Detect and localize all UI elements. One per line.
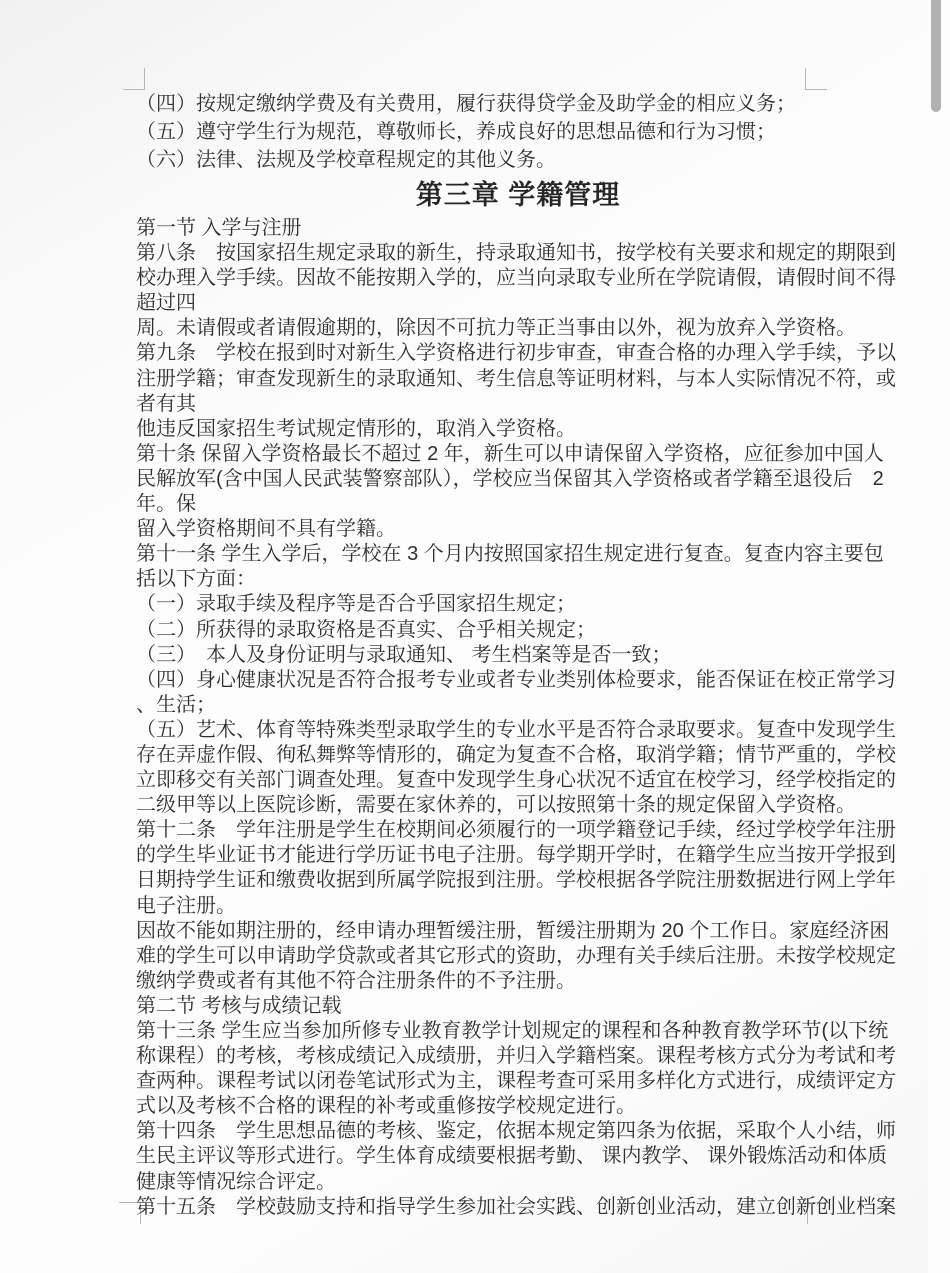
text-line: （四）身心健康状况是否符合报考专业或者专业类别体检要求，能否保证在校正常学习 [136, 668, 900, 693]
text-line: （四）按规定缴纳学费及有关费用，履行获得贷学金及助学金的相应义务； [136, 90, 900, 118]
text-line: 式以及考核不合格的课程的补考或重修按学校规定进行。 [136, 1094, 900, 1119]
text-line: 难的学生可以申请助学贷款或者其它形式的资助，办理有关手续后注册。未按学校规定 [136, 944, 900, 969]
text-line: 生民主评议等形式进行。学生体育成绩要根据考勤、 课内教学、 课外锻炼活动和体质 [136, 1144, 900, 1169]
text-line: 二级甲等以上医院诊断，需要在家休养的，可以按照第十条的规定保留入学资格。 [136, 793, 900, 818]
text-line: （二）所获得的录取资格是否真实、合乎相关规定； [136, 618, 900, 643]
text-line: 民解放军(含中国人民武装警察部队），学校应当保留其入学资格或者学籍至退役后 2 [136, 467, 900, 492]
text-line: 、生活； [136, 693, 900, 718]
text-line: 超过四 [136, 291, 900, 316]
chapter-heading: 第三章 学籍管理 [136, 174, 900, 216]
text-boundary-mark-top-right [805, 68, 827, 90]
text-line: （五）艺术、体育等特殊类型录取学生的专业水平是否符合录取要求。复查中发现学生 [136, 718, 900, 743]
text-line: 第十四条 学生思想品德的考核、鉴定，依据本规定第四条为依据，采取个人小结，师 [136, 1119, 900, 1144]
text-line: 日期持学生证和缴费收据到所属学院报到注册。学校根据各学院注册数据进行网上学年 [136, 868, 900, 893]
text-line: 存在弄虚作假、徇私舞弊等情形的，确定为复查不合格，取消学籍；情节严重的，学校 [136, 743, 900, 768]
text-line: 他违反国家招生考试规定情形的，取消入学资格。 [136, 417, 900, 442]
text-line: 第九条 学校在报到时对新生入学资格进行初步审查，审查合格的办理入学手续，予以 [136, 341, 900, 366]
text-line: 健康等情况综合评定。 [136, 1170, 900, 1195]
text-line: （五）遵守学生行为规范，尊敬师长，养成良好的思想品德和行为习惯； [136, 118, 900, 146]
scrollbar-thumb[interactable] [931, 0, 941, 112]
text-boundary-mark-top-left [123, 68, 145, 90]
document-page: （四）按规定缴纳学费及有关费用，履行获得贷学金及助学金的相应义务；（五）遵守学生… [0, 0, 950, 1273]
text-line: 者有其 [136, 392, 900, 417]
text-line: 第八条 按国家招生规定录取的新生，持录取通知书，按学校有关要求和规定的期限到 [136, 241, 900, 266]
text-line: 留入学资格期间不具有学籍。 [136, 517, 900, 542]
text-line: 年。保 [136, 492, 900, 517]
text-line: （一）录取手续及程序等是否合乎国家招生规定； [136, 592, 900, 617]
scrollbar[interactable] [928, 0, 950, 1273]
document-text: （四）按规定缴纳学费及有关费用，履行获得贷学金及助学金的相应义务；（五）遵守学生… [136, 90, 900, 1220]
text-line: 第十二条 学年注册是学生在校期间必须履行的一项学籍登记手续，经过学校学年注册 [136, 818, 900, 843]
text-line: 注册学籍；审查发现新生的录取通知、考生信息等证明材料，与本人实际情况不符，或 [136, 367, 900, 392]
text-line: 称课程）的考核，考核成绩记入成绩册，并归入学籍档案。课程考核方式分为考试和考 [136, 1044, 900, 1069]
text-line: 校办理入学手续。因故不能按期入学的，应当向录取专业所在学院请假，请假时间不得 [136, 266, 900, 291]
text-line: 周。未请假或者请假逾期的，除因不可抗力等正当事由以外，视为放弃入学资格。 [136, 316, 900, 341]
text-line: 第十三条 学生应当参加所修专业教育教学计划规定的课程和各种教育教学环节(以下统 [136, 1019, 900, 1044]
text-line: 的学生毕业证书才能进行学历证书电子注册。每学期开学时，在籍学生应当按开学报到 [136, 843, 900, 868]
text-line: 第十条 保留入学资格最长不超过 2 年，新生可以申请保留入学资格，应征参加中国人 [136, 442, 900, 467]
text-line: 第一节 入学与注册 [136, 216, 900, 241]
text-line: 立即移交有关部门调查处理。复查中发现学生身心状况不适宜在校学习，经学校指定的 [136, 768, 900, 793]
text-line: 电子注册。 [136, 894, 900, 919]
text-line: （三） 本人及身份证明与录取通知、 考生档案等是否一致； [136, 643, 900, 668]
text-line: （六）法律、法规及学校章程规定的其他义务。 [136, 146, 900, 174]
text-line: 第十五条 学校鼓励支持和指导学生参加社会实践、创新创业活动，建立创新创业档案 [136, 1195, 900, 1220]
text-line: 第十一条 学生入学后，学校在 3 个月内按照国家招生规定进行复查。复查内容主要包 [136, 542, 900, 567]
text-line: 缴纳学费或者有其他不符合注册条件的不予注册。 [136, 969, 900, 994]
text-line: 查两种。课程考试以闭卷笔试形式为主，课程考查可采用多样化方式进行，成绩评定方 [136, 1069, 900, 1094]
text-line: 第二节 考核与成绩记载 [136, 994, 900, 1019]
text-line: 因故不能如期注册的，经申请办理暂缓注册，暂缓注册期为 20 个工作日。家庭经济困 [136, 919, 900, 944]
text-line: 括以下方面： [136, 567, 900, 592]
